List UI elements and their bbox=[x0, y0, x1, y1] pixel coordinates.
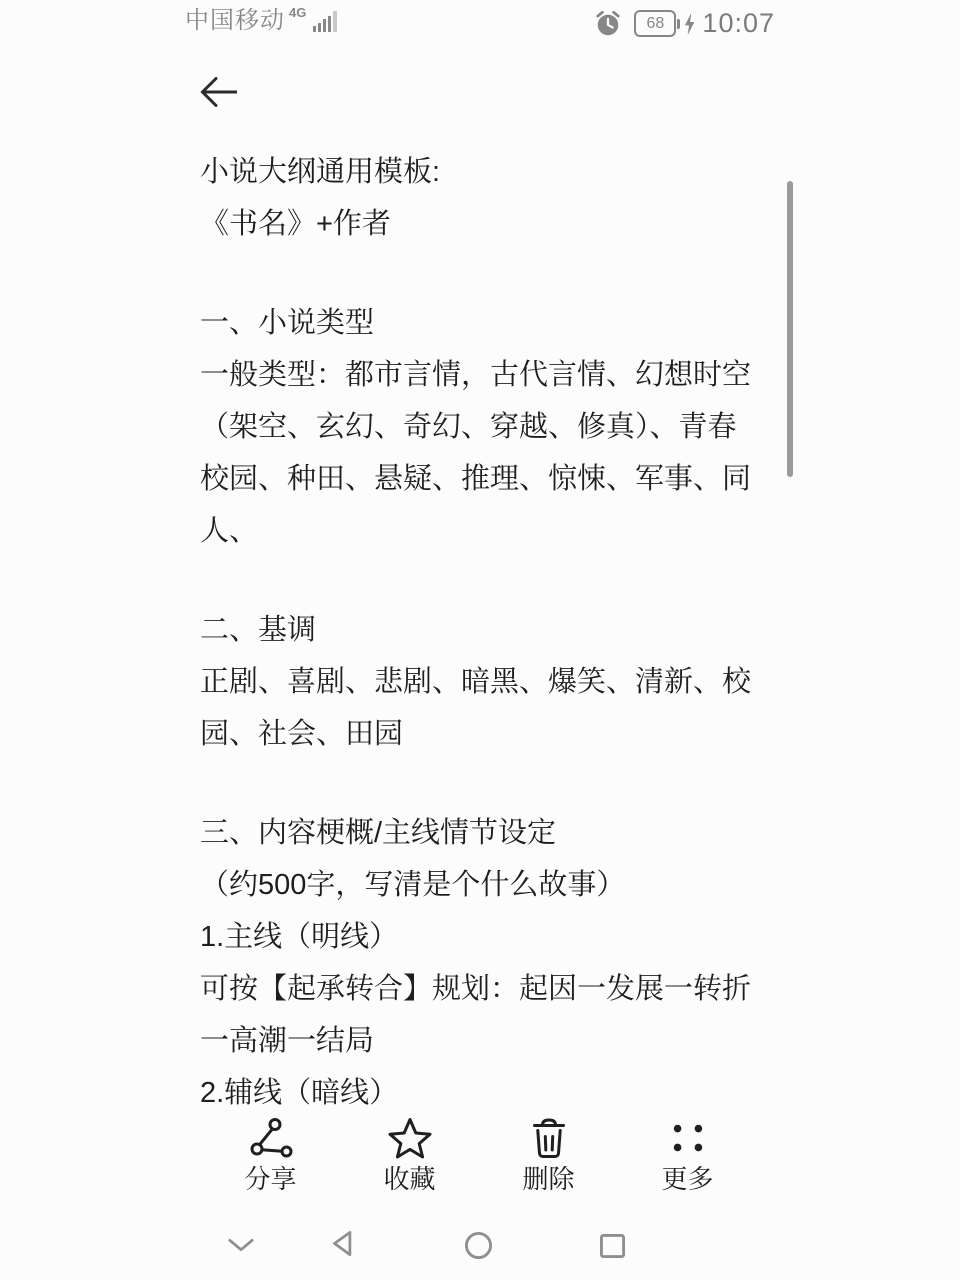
note-line: （架空、玄幻、奇幻、穿越、修真）、青春 bbox=[200, 401, 760, 453]
battery-icon: 68 bbox=[634, 10, 680, 37]
favorite-button[interactable]: 收藏 bbox=[340, 1114, 479, 1200]
charging-bolt-icon bbox=[683, 11, 696, 37]
status-right: 68 10:07 bbox=[594, 8, 775, 39]
note-line: 三、内容梗概/主线情节设定 bbox=[200, 807, 760, 859]
note-line: 一高潮一结局 bbox=[200, 1015, 760, 1067]
phone-screen: 中国移动 4G 68 bbox=[0, 0, 960, 1280]
arrow-left-icon bbox=[196, 72, 240, 112]
carrier-label: 中国移动 bbox=[185, 8, 285, 34]
note-line: 一、小说类型 bbox=[200, 297, 760, 349]
signal-bars-icon bbox=[311, 8, 337, 32]
system-nav-bar bbox=[0, 1210, 960, 1280]
status-left: 中国移动 4G bbox=[185, 8, 337, 34]
star-icon bbox=[387, 1114, 433, 1162]
delete-button[interactable]: 删除 bbox=[479, 1114, 618, 1200]
share-label: 分享 bbox=[244, 1166, 296, 1192]
delete-label: 删除 bbox=[522, 1166, 574, 1192]
note-line: 正剧、喜剧、悲剧、暗黑、爆笑、清新、校 bbox=[200, 656, 760, 708]
battery-level: 68 bbox=[647, 15, 665, 33]
note-line: 1.主线（明线） bbox=[200, 911, 760, 963]
clock-time: 10:07 bbox=[702, 8, 775, 39]
nav-back-button[interactable] bbox=[329, 1228, 355, 1259]
note-line: 可按【起承转合】规划：起因一发展一转折 bbox=[200, 963, 760, 1015]
status-bar: 中国移动 4G 68 bbox=[0, 0, 960, 46]
more-label: 更多 bbox=[661, 1166, 713, 1192]
note-paragraph: 二、基调 正剧、喜剧、悲剧、暗黑、爆笑、清新、校 园、社会、田园 bbox=[200, 604, 760, 760]
note-paragraph: 小说大纲通用模板: 《书名》+作者 bbox=[200, 146, 760, 250]
note-line: 人、 bbox=[200, 505, 760, 557]
note-line: 一般类型：都市言情，古代言情、幻想时空 bbox=[200, 349, 760, 401]
more-button[interactable]: 更多 bbox=[618, 1114, 757, 1200]
note-line: 《书名》+作者 bbox=[200, 198, 760, 250]
trash-icon bbox=[529, 1114, 569, 1162]
alarm-icon bbox=[594, 10, 622, 38]
scrollbar-thumb[interactable] bbox=[787, 181, 793, 477]
note-line: 园、社会、田园 bbox=[200, 708, 760, 760]
note-line: （约500字，写清是个什么故事） bbox=[200, 859, 760, 911]
note-paragraph: 一、小说类型 一般类型：都市言情，古代言情、幻想时空 （架空、玄幻、奇幻、穿越、… bbox=[200, 297, 760, 557]
back-button[interactable] bbox=[196, 68, 248, 116]
note-content: 小说大纲通用模板: 《书名》+作者 一、小说类型 一般类型：都市言情，古代言情、… bbox=[200, 146, 760, 1166]
more-dots-icon bbox=[669, 1114, 707, 1162]
note-line: 2.辅线（暗线） bbox=[200, 1067, 760, 1119]
note-line: 小说大纲通用模板: bbox=[200, 146, 760, 198]
nav-recents-button[interactable] bbox=[599, 1233, 626, 1259]
note-line: 二、基调 bbox=[200, 604, 760, 656]
network-type-badge: 4G bbox=[289, 6, 306, 19]
nav-home-button[interactable] bbox=[464, 1231, 493, 1260]
note-line: 校园、种田、悬疑、推理、惊悚、军事、同 bbox=[200, 453, 760, 505]
favorite-label: 收藏 bbox=[383, 1166, 435, 1192]
share-icon bbox=[249, 1114, 293, 1162]
action-toolbar: 分享 收藏 删除 bbox=[201, 1114, 757, 1200]
share-button[interactable]: 分享 bbox=[201, 1114, 340, 1200]
note-paragraph: 三、内容梗概/主线情节设定 （约500字，写清是个什么故事） 1.主线（明线） … bbox=[200, 807, 760, 1119]
chevron-down-icon[interactable] bbox=[227, 1237, 255, 1253]
